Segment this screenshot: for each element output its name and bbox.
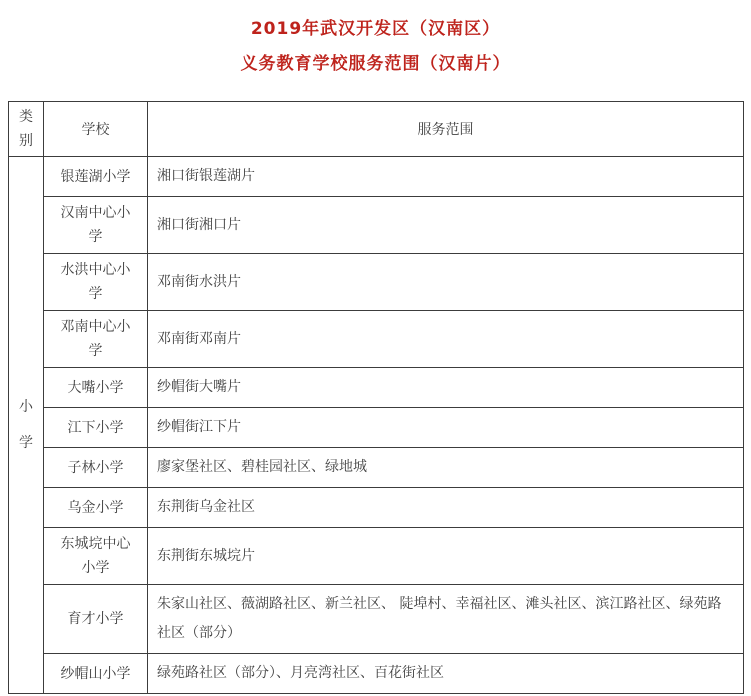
table-row: 小学银莲湖小学 湘口街银莲湖片 [9, 157, 744, 197]
school-name-cell: 银莲湖小学 [44, 157, 148, 197]
title-line-1: 2019年武汉开发区（汉南区） [0, 12, 751, 47]
header-school: 学校 [44, 102, 148, 157]
school-name-cell: 东城垸中心小学 [44, 528, 148, 585]
table-row: 纱帽山小学 绿苑路社区（部分）、月亮湾社区、百花街社区 [9, 654, 744, 694]
school-name-cell: 汉南中心小学 [44, 197, 148, 254]
category-cell: 小学 [9, 157, 44, 694]
school-name-cell: 江下小学 [44, 408, 148, 448]
table-row: 邓南中心小学 邓南街邓南片 [9, 311, 744, 368]
service-scope-cell: 廖家堡社区、碧桂园社区、绿地城 [148, 448, 744, 488]
service-scope-cell: 湘口街银莲湖片 [148, 157, 744, 197]
table-row: 水洪中心小学 邓南街水洪片 [9, 254, 744, 311]
header-scope: 服务范围 [148, 102, 744, 157]
school-name-cell: 纱帽山小学 [44, 654, 148, 694]
page-title: 2019年武汉开发区（汉南区） 义务教育学校服务范围（汉南片） [0, 0, 751, 82]
table-row: 大嘴小学 纱帽街大嘴片 [9, 368, 744, 408]
service-scope-cell: 湘口街湘口片 [148, 197, 744, 254]
school-name-cell: 育才小学 [44, 585, 148, 654]
service-scope-cell: 纱帽街江下片 [148, 408, 744, 448]
table-row: 乌金小学 东荆街乌金社区 [9, 488, 744, 528]
service-scope-cell: 纱帽街大嘴片 [148, 368, 744, 408]
table-row: 子林小学 廖家堡社区、碧桂园社区、绿地城 [9, 448, 744, 488]
table-row: 育才小学 朱家山社区、薇湖路社区、新兰社区、 陡埠村、幸福社区、滩头社区、滨江路… [9, 585, 744, 654]
school-name-cell: 乌金小学 [44, 488, 148, 528]
school-name-cell: 大嘴小学 [44, 368, 148, 408]
service-scope-cell: 东荆街东城垸片 [148, 528, 744, 585]
school-name-cell: 水洪中心小学 [44, 254, 148, 311]
service-scope-cell: 邓南街水洪片 [148, 254, 744, 311]
service-scope-table: 类别 学校 服务范围 小学银莲湖小学 湘口街银莲湖片 汉南中心小学 湘口街湘口片… [8, 101, 744, 694]
table-body: 小学银莲湖小学 湘口街银莲湖片 汉南中心小学 湘口街湘口片 水洪中心小学 邓南街… [9, 157, 744, 694]
school-name-cell: 邓南中心小学 [44, 311, 148, 368]
table-row: 汉南中心小学 湘口街湘口片 [9, 197, 744, 254]
header-category: 类别 [9, 102, 44, 157]
title-line-2: 义务教育学校服务范围（汉南片） [0, 47, 751, 82]
school-name-cell: 子林小学 [44, 448, 148, 488]
service-scope-cell: 邓南街邓南片 [148, 311, 744, 368]
table-row: 江下小学 纱帽街江下片 [9, 408, 744, 448]
table-row: 东城垸中心小学 东荆街东城垸片 [9, 528, 744, 585]
service-scope-cell: 东荆街乌金社区 [148, 488, 744, 528]
service-scope-cell: 朱家山社区、薇湖路社区、新兰社区、 陡埠村、幸福社区、滩头社区、滨江路社区、绿苑… [148, 585, 744, 654]
table-header-row: 类别 学校 服务范围 [9, 102, 744, 157]
service-scope-cell: 绿苑路社区（部分）、月亮湾社区、百花街社区 [148, 654, 744, 694]
